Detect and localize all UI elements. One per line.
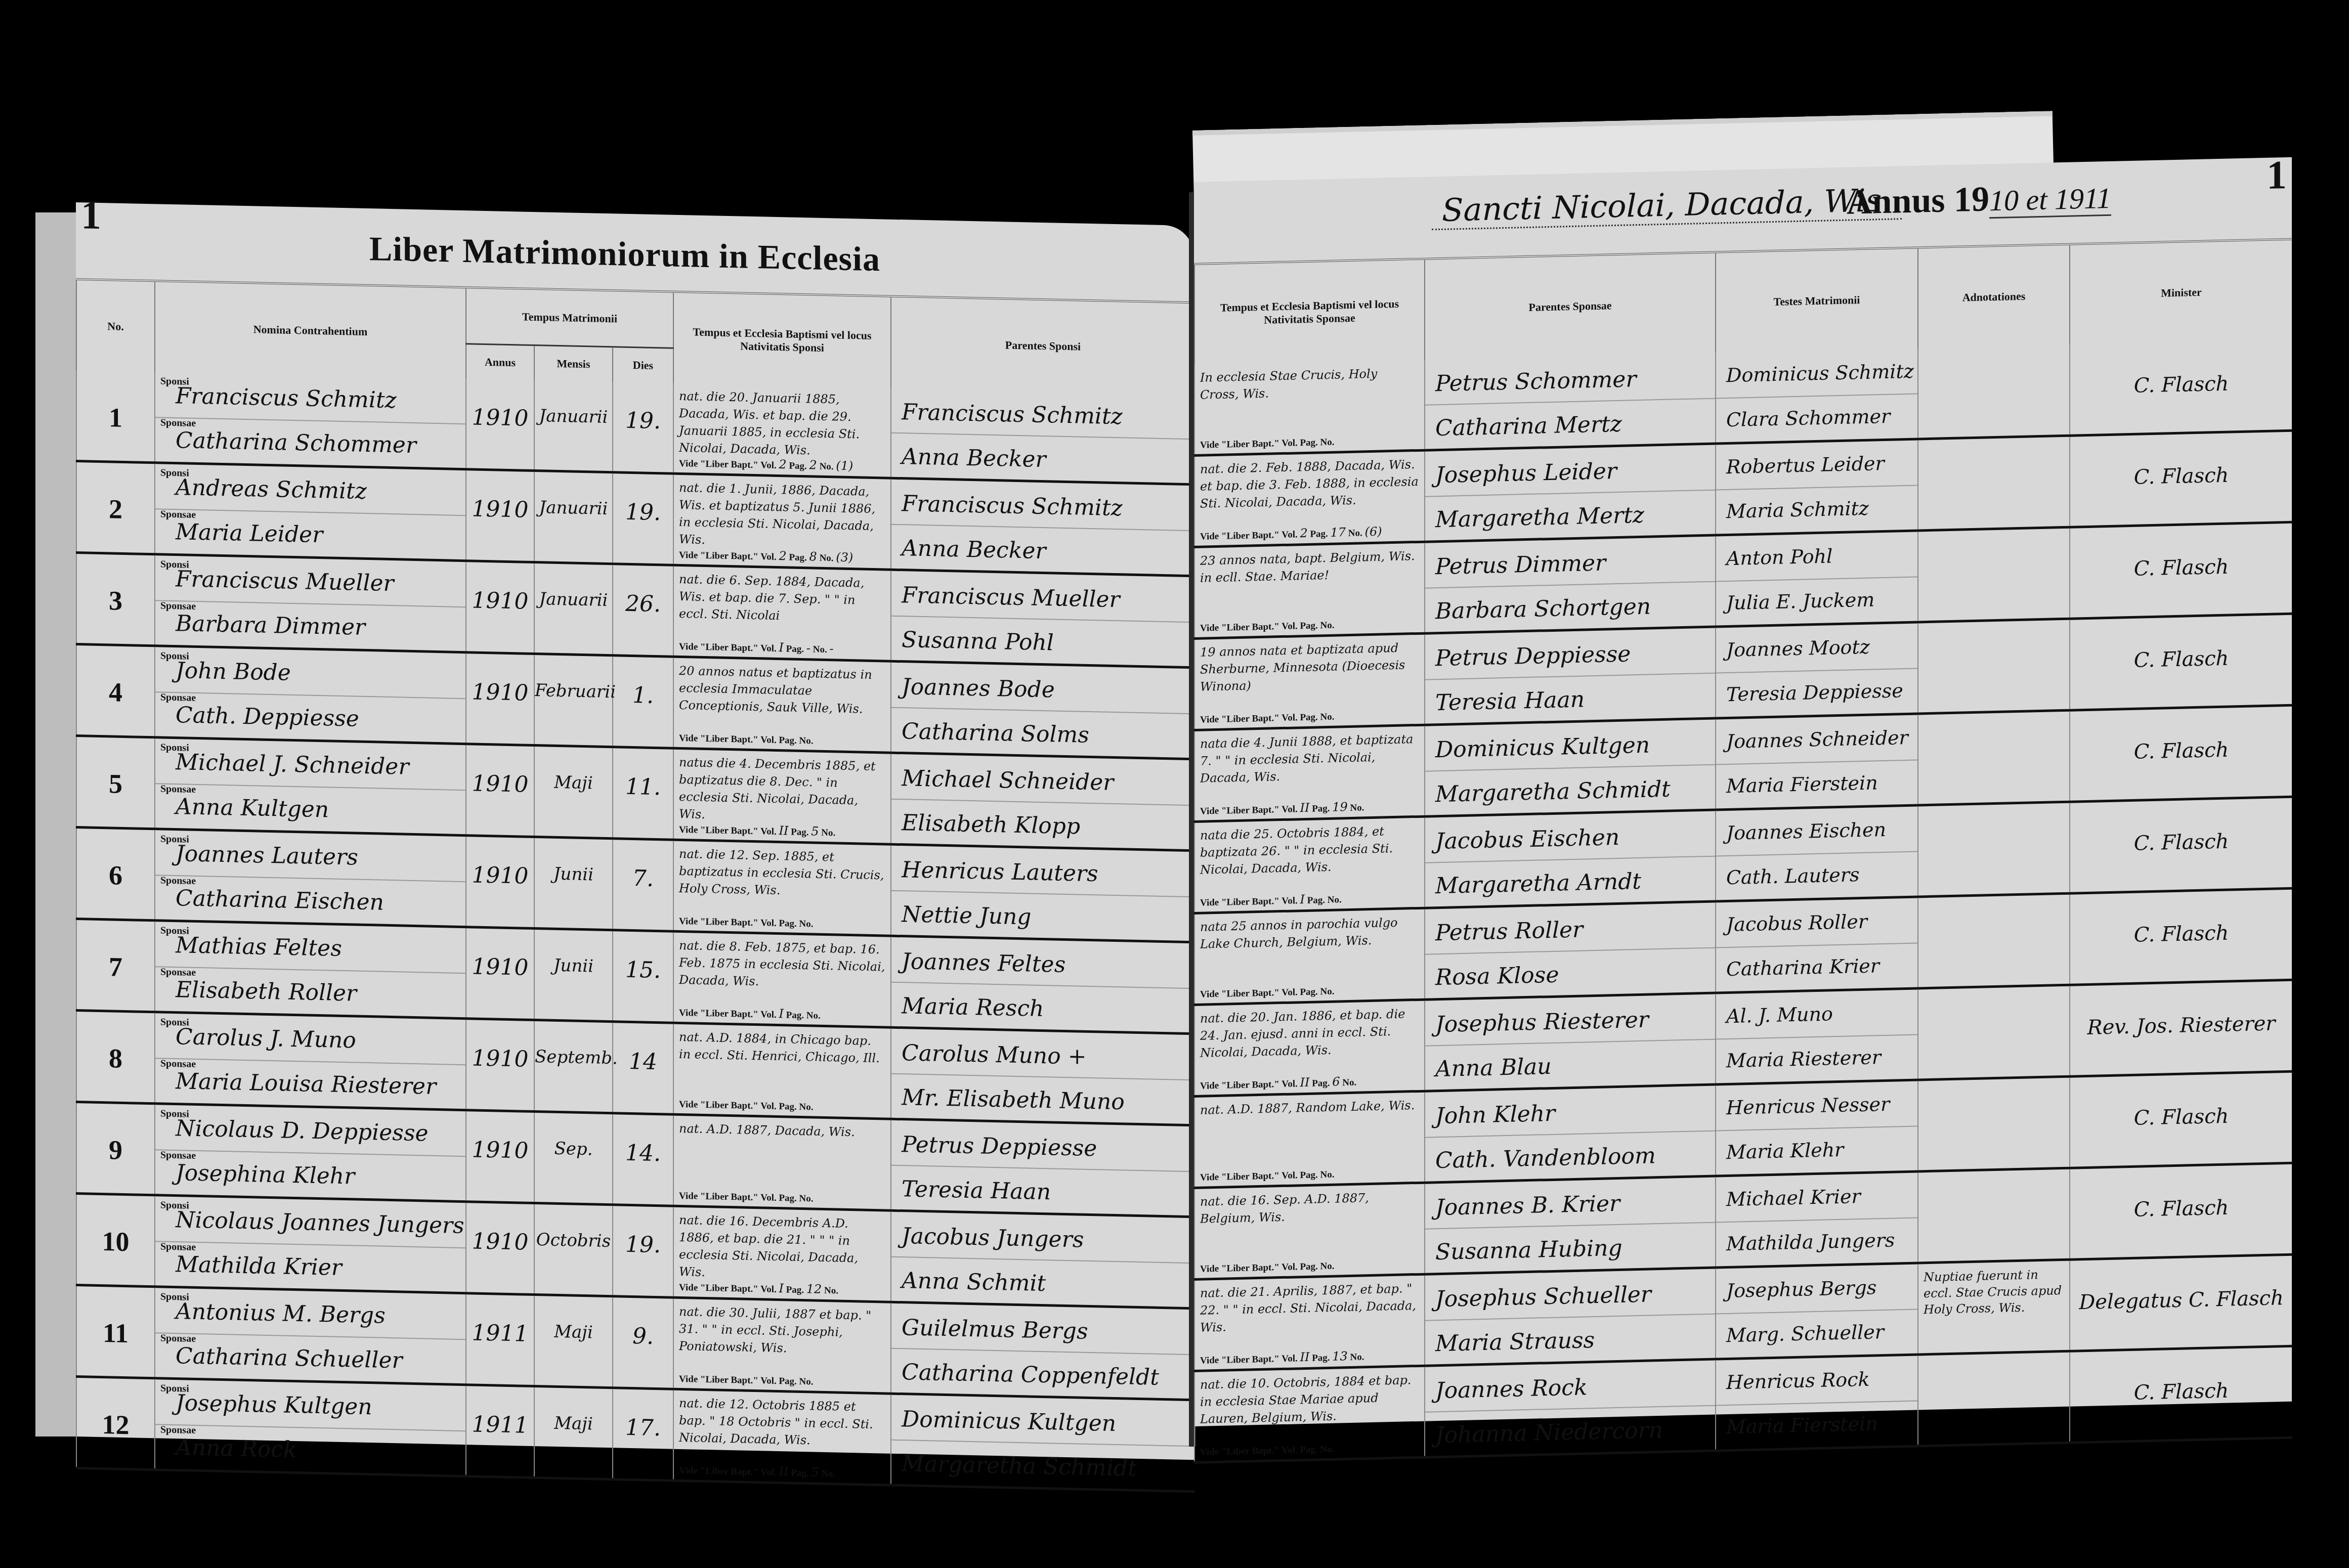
vide-value: 8 <box>809 549 817 563</box>
mensis-cell: Januarii <box>534 380 613 472</box>
record-number: 12 <box>77 1408 154 1441</box>
vide-label: Vide "Liber Bapt." Vol. <box>679 458 777 471</box>
rule-line <box>1716 577 1917 582</box>
bride-father: Dominicus Kultgen <box>1435 732 1650 763</box>
minister-cell: C. Flasch <box>2070 888 2292 985</box>
parents-sponsae-cell: Jacobus Eischen Margaretha Arndt <box>1425 810 1716 908</box>
vide-value: 17 <box>1331 525 1346 540</box>
minister-cell: Delegatus C. Flasch <box>2070 1254 2292 1351</box>
dies-cell: 1. <box>613 656 673 749</box>
mensis-cell: Januarii <box>534 562 613 655</box>
marriage-day: 17. <box>613 1414 673 1441</box>
marriage-month: Junii <box>535 863 612 885</box>
marriage-year: 1910 <box>466 587 534 615</box>
vide-liber-bapt: Vide "Liber Bapt." Vol. Pag. No. <box>679 730 814 747</box>
vide-label: Pag. <box>1300 1444 1317 1455</box>
minister-cell: C. Flasch <box>2070 614 2292 710</box>
dies-cell: 9. <box>613 1296 673 1389</box>
mensis-cell: Junii <box>534 928 613 1021</box>
vide-label: No. <box>821 1468 835 1479</box>
vide-value: 2 <box>809 458 817 472</box>
bride-baptism-text: nat. die 21. Aprilis, 1887, et bap. " 22… <box>1195 1276 1424 1340</box>
groom-name: Josephus Kultgen <box>176 1390 372 1420</box>
dies-cell: 14. <box>613 1113 673 1206</box>
witnesses-cell: Anton Pohl Julia E. Juckem <box>1716 531 1918 627</box>
baptism-sponsae-cell: 23 annos nata, bapt. Belgium, Wis. in ec… <box>1194 542 1425 638</box>
parents-sponsae-cell: Josephus Schueller Maria Strauss <box>1425 1268 1716 1366</box>
rule-line <box>155 508 465 516</box>
header-baptismi-sponsae: Tempus et Ecclesia Baptismi vel locus Na… <box>1194 259 1425 365</box>
vide-liber-bapt: Vide "Liber Bapt." Vol. I Pag. No. <box>1200 891 1342 908</box>
bride-mother: Teresia Haan <box>1435 686 1585 716</box>
groom-name: Nicolaus Joannes Jungers <box>176 1207 464 1239</box>
annotation-text <box>1918 437 2069 451</box>
groom-father: Carolus Muno + <box>902 1040 1086 1070</box>
witnesses-cell: Josephus Bergs Marg. Schueller <box>1716 1263 1918 1359</box>
marriage-day: 19. <box>613 499 673 526</box>
mensis-cell: Octobris <box>534 1203 613 1296</box>
baptism-sponsae-cell: nata die 4. Junii 1888, et baptizata 7. … <box>1194 725 1425 821</box>
rule-line <box>891 616 1194 623</box>
header-tempus-matrimonii: Tempus Matrimonii <box>466 287 673 348</box>
marriage-year: 1910 <box>466 770 534 798</box>
rule-line <box>891 1348 1194 1356</box>
dies-cell: 19. <box>613 1205 673 1298</box>
rule-line <box>1716 943 1917 948</box>
baptism-sponsi-cell: nat. A.D. 1887, Dacada, Wis. Vide "Liber… <box>673 1114 891 1210</box>
rule-line <box>891 982 1194 989</box>
rule-line <box>155 600 465 607</box>
vide-label: No. <box>821 827 835 839</box>
vide-label: No. <box>1320 986 1335 997</box>
witness-1: Josephus Bergs <box>1726 1276 1876 1302</box>
marriage-month: Januarii <box>535 497 612 519</box>
bride-baptism-text: nata die 25. Octobris 1884, et baptizata… <box>1195 818 1424 883</box>
minister-cell: C. Flasch <box>2070 340 2292 435</box>
rule-line <box>1425 856 1715 863</box>
bride-father: Petrus Dimmer <box>1435 550 1606 580</box>
vide-liber-bapt: Vide "Liber Bapt." Vol. Pag. No. <box>679 913 814 930</box>
vide-label: Vide "Liber Bapt." Vol. <box>679 550 777 562</box>
vide-label: Vide "Liber Bapt." Vol. <box>1200 987 1298 999</box>
bride-baptism-text: nat. die 16. Sep. A.D. 1887, Belgium, Wi… <box>1195 1184 1424 1232</box>
vide-label: Pag. <box>1312 1078 1330 1089</box>
rule-line <box>1425 764 1715 772</box>
vide-label: No. <box>1320 620 1335 631</box>
groom-father: Joannes Bode <box>902 674 1055 703</box>
mensis-cell: Maji <box>534 1386 613 1479</box>
bride-father: Petrus Schommer <box>1435 366 1636 397</box>
vide-liber-bapt: Vide "Liber Bapt." Vol. 2 Pag. 2 No. (1) <box>679 455 853 473</box>
groom-mother: Elisabeth Klopp <box>902 810 1080 839</box>
annotations-cell <box>1918 619 2070 714</box>
record-number-cell: 4 <box>76 644 155 737</box>
rule-line <box>155 1424 465 1431</box>
witnesses-cell: Dominicus Schmitz Clara Schommer <box>1716 349 1918 444</box>
vide-label: Pag. <box>1300 437 1317 448</box>
groom-name: Antonius M. Bergs <box>176 1298 386 1329</box>
names-cell: Sponsi Nicolaus D. Deppiesse Sponsae Jos… <box>155 1104 466 1202</box>
vide-label: No. <box>799 1376 814 1387</box>
bride-mother: Barbara Schortgen <box>1435 594 1651 625</box>
witnesses-cell: Joannes Schneider Maria Fierstein <box>1716 714 1918 810</box>
mensis-cell: Januarii <box>534 470 613 563</box>
witnesses-cell: Michael Krier Mathilda Jungers <box>1716 1171 1918 1268</box>
vide-label: Pag. <box>1310 529 1328 540</box>
parents-sponsi-cell: Franciscus Mueller Susanna Pohl <box>891 570 1194 668</box>
record-number: 5 <box>77 767 154 800</box>
rule-line <box>891 524 1194 532</box>
groom-name: Nicolaus D. Deppiesse <box>176 1115 429 1146</box>
header-minister: Minister <box>2070 239 2292 345</box>
vide-value: I <box>779 1007 783 1021</box>
bride-mother: Cath. Vandenbloom <box>1435 1143 1656 1173</box>
parents-sponsi-cell: Michael Schneider Elisabeth Klopp <box>891 753 1194 851</box>
annus-cell: 1910 <box>466 1019 534 1112</box>
marriage-year: 1910 <box>466 1137 534 1164</box>
vide-liber-bapt: Vide "Liber Bapt." Vol. 2 Pag. 17 No. (6… <box>1200 525 1382 543</box>
vide-value: 19 <box>1332 800 1348 814</box>
groom-baptism-text: nat. die 8. Feb. 1875, et bap. 16. Feb. … <box>674 933 890 997</box>
rule-line <box>1425 1405 1715 1413</box>
record-number-cell: 10 <box>76 1194 155 1287</box>
groom-father: Jacobus Jungers <box>902 1223 1084 1253</box>
record-number: 8 <box>77 1042 154 1075</box>
vide-label: Vide "Liber Bapt." Vol. <box>1200 438 1298 450</box>
parents-sponsi-cell: Jacobus Jungers Anna Schmit <box>891 1210 1194 1309</box>
vide-label: Vide "Liber Bapt." Vol. <box>1200 1261 1298 1274</box>
parents-sponsae-cell: Petrus Dimmer Barbara Schortgen <box>1425 535 1716 633</box>
baptism-sponsae-cell: nat. die 16. Sep. A.D. 1887, Belgium, Wi… <box>1194 1183 1425 1279</box>
marriage-year: 1910 <box>466 1228 534 1255</box>
vide-liber-bapt: Vide "Liber Bapt." Vol. Pag. No. <box>1200 983 1335 1000</box>
header-nomina: Nomina Contrahentium <box>155 281 466 379</box>
names-cell: Sponsi Carolus J. Muno Sponsae Maria Lou… <box>155 1012 466 1110</box>
rule-line <box>1425 1222 1715 1230</box>
vide-label: Pag. <box>791 827 808 838</box>
annotation-text <box>1918 529 2069 542</box>
mensis-cell: Septemb. <box>534 1020 613 1113</box>
baptism-sponsi-cell: nat. die 1. Junii, 1886, Dacada, Wis. et… <box>673 473 891 570</box>
rule-line <box>1716 1309 1917 1315</box>
record-number-cell: 7 <box>76 919 155 1012</box>
bride-name: Maria Leider <box>176 519 323 548</box>
vide-label: Pag. <box>786 643 804 655</box>
marriage-day: 11. <box>613 773 673 800</box>
vide-liber-bapt: Vide "Liber Bapt." Vol. II Pag. 6 No. <box>1200 1074 1356 1092</box>
witness-1: Al. J. Muno <box>1726 1003 1833 1027</box>
minister-name: C. Flasch <box>2070 462 2292 491</box>
vide-label: Vide "Liber Bapt." Vol. <box>1200 1170 1298 1183</box>
marriage-month: Sep. <box>535 1138 612 1160</box>
annus-cell: 1910 <box>466 379 534 470</box>
parents-sponsae-cell: Joannes B. Krier Susanna Hubing <box>1425 1176 1716 1274</box>
bride-father: John Klehr <box>1435 1101 1555 1129</box>
bride-baptism-text: 23 annos nata, bapt. Belgium, Wis. in ec… <box>1195 543 1424 591</box>
header-mensis: Mensis <box>534 345 613 382</box>
vide-value: II <box>1300 1075 1309 1090</box>
vide-label: No. <box>1342 1077 1356 1088</box>
bride-father: Josephus Schueller <box>1435 1281 1651 1312</box>
record-number: 10 <box>77 1225 154 1258</box>
annotation-text <box>1918 620 2069 634</box>
vide-label: Vide "Liber Bapt." Vol. <box>679 1465 777 1478</box>
annotations-cell: Nuptiae fuerunt in eccl. Stae Crucis apu… <box>1918 1259 2070 1355</box>
baptism-sponsae-cell: nat. die 10. Octobris, 1884 et bap. in e… <box>1194 1366 1425 1462</box>
parents-sponsi-cell: Petrus Deppiesse Teresia Haan <box>891 1119 1194 1217</box>
marriage-year: 1911 <box>466 1320 534 1347</box>
parents-sponsi-cell: Guilelmus Bergs Catharina Coppenfeldt <box>891 1302 1194 1400</box>
rule-line <box>155 1149 465 1157</box>
parents-sponsi-cell: Carolus Muno + Mr. Elisabeth Muno <box>891 1027 1194 1125</box>
groom-name: Andreas Schmitz <box>176 474 367 504</box>
dies-cell: 11. <box>613 747 673 840</box>
vide-label: Vide "Liber Bapt." Vol. <box>679 1008 777 1020</box>
record-number-cell: 2 <box>76 461 155 554</box>
marriage-day: 7. <box>613 865 673 892</box>
parents-sponsae-cell: Petrus Deppiesse Teresia Haan <box>1425 627 1716 725</box>
annus-cell: 1911 <box>466 1385 534 1478</box>
vide-value: - <box>806 641 810 655</box>
rule-line <box>1716 1034 1917 1040</box>
rule-line <box>891 707 1194 715</box>
bride-mother: Maria Strauss <box>1435 1327 1595 1357</box>
dies-cell: 17. <box>613 1388 673 1481</box>
vide-label: Pag. <box>779 918 796 929</box>
vide-value: 6 <box>1332 1074 1340 1088</box>
record-number: 1 <box>77 401 154 434</box>
rule-line <box>1425 1314 1715 1321</box>
groom-name: John Bode <box>176 658 291 686</box>
mensis-cell: Maji <box>534 1294 613 1387</box>
bride-mother: Margaretha Mertz <box>1435 502 1644 533</box>
mensis-cell: Sep. <box>534 1111 613 1204</box>
vide-label: Vide "Liber Bapt." Vol. <box>679 824 777 837</box>
marriage-month: Septemb. <box>535 1047 612 1068</box>
witness-2: Maria Riesterer <box>1726 1046 1881 1072</box>
witnesses-cell: Henricus Nesser Maria Klehr <box>1716 1080 1918 1176</box>
annus-cell: 1910 <box>466 836 534 929</box>
witness-1: Henricus Rock <box>1726 1368 1870 1393</box>
vide-liber-bapt: Vide "Liber Bapt." Vol. II Pag. 19 No. <box>1200 799 1364 817</box>
witness-1: Joannes Mootz <box>1726 636 1870 661</box>
minister-cell: C. Flasch <box>2070 1071 2292 1168</box>
left-ledger-body: 1 Sponsi Franciscus Schmitz Sponsae Cath… <box>76 371 1194 1492</box>
vide-label: No. <box>820 553 834 564</box>
rule-line <box>891 432 1194 440</box>
vide-label: No. <box>799 919 814 930</box>
vide-label: Pag. <box>779 1376 796 1387</box>
rule-line <box>1425 398 1715 406</box>
vide-label: Pag. <box>786 1284 804 1295</box>
vide-value: I <box>1300 892 1304 906</box>
bride-baptism-text: In ecclesia Stae Crucis, Holy Cross, Wis… <box>1195 360 1424 408</box>
witness-2: Mathilda Jungers <box>1726 1229 1895 1255</box>
record-number-cell: 5 <box>76 736 155 829</box>
record-number: 4 <box>77 676 154 709</box>
groom-mother: Anna Becker <box>902 535 1046 564</box>
rule-line <box>155 966 465 974</box>
vide-label: Vide "Liber Bapt." Vol. <box>1200 1353 1298 1366</box>
rule-line <box>155 783 465 791</box>
vide-value: 5 <box>811 1465 819 1479</box>
bride-name: Elisabeth Roller <box>176 977 357 1007</box>
witnesses-cell: Henricus Rock Maria Fierstein <box>1716 1355 1918 1451</box>
groom-name: Mathias Feltes <box>176 932 342 962</box>
marriage-month: Februarii <box>535 680 612 702</box>
vide-value: II <box>779 823 788 838</box>
vide-value: (3) <box>836 550 853 564</box>
rule-line <box>891 1256 1194 1264</box>
record-number-cell: 8 <box>76 1011 155 1104</box>
vide-label: No. <box>824 1285 838 1296</box>
bride-mother: Margaretha Schmidt <box>1435 776 1671 808</box>
bride-baptism-text: 19 annos nata et baptizata apud Sherburn… <box>1195 635 1424 700</box>
minister-cell: C. Flasch <box>2070 1346 2292 1443</box>
record-number-cell: 6 <box>76 827 155 921</box>
witnesses-cell: Robertus Leider Maria Schmitz <box>1716 439 1918 535</box>
annotation-text <box>1918 803 2069 817</box>
witness-2: Cath. Lauters <box>1726 863 1859 889</box>
parish-name: Sancti Nicolai, Dacada, Wis. <box>1432 181 1902 230</box>
baptism-sponsi-cell: nat. die 6. Sep. 1884, Dacada, Wis. et b… <box>673 565 891 661</box>
vide-value: II <box>1300 801 1309 815</box>
groom-father: Dominicus Kultgen <box>902 1406 1116 1436</box>
rule-line <box>891 1165 1194 1172</box>
vide-liber-bapt: Vide "Liber Bapt." Vol. Pag. No. <box>1200 434 1335 451</box>
vide-label: Vide "Liber Bapt." Vol. <box>1200 804 1298 816</box>
baptism-sponsi-cell: natus die 4. Decembris 1885, et baptizat… <box>673 748 891 844</box>
groom-name: Joannes Lauters <box>176 841 358 870</box>
parents-sponsae-cell: Josephus Leider Margaretha Mertz <box>1425 444 1716 542</box>
bride-father: Jacobus Eischen <box>1435 824 1619 854</box>
header-annus: Annus <box>466 344 534 380</box>
page-edges <box>35 212 81 1436</box>
baptism-sponsae-cell: nat. die 20. Jan. 1886, et bap. die 24. … <box>1194 999 1425 1096</box>
baptism-sponsi-cell: 20 annos natus et baptizatus in ecclesia… <box>673 657 891 753</box>
header-dies: Dies <box>613 347 673 383</box>
record-number: 6 <box>77 859 154 892</box>
annus-cell: 1910 <box>466 652 534 746</box>
bride-baptism-text: nata 25 annos in parochia vulgo Lake Chu… <box>1195 909 1424 957</box>
witnesses-cell: Joannes Eischen Cath. Lauters <box>1716 805 1918 901</box>
groom-name: Carolus J. Muno <box>176 1024 356 1053</box>
groom-father: Henricus Lauters <box>902 857 1098 887</box>
vide-label: Pag. <box>791 1468 808 1479</box>
rule-line <box>155 417 465 424</box>
marriage-day: 26. <box>613 590 673 617</box>
parents-sponsae-cell: Dominicus Kultgen Margaretha Schmidt <box>1425 718 1716 816</box>
annotation-text: Nuptiae fuerunt in eccl. Stae Crucis apu… <box>1918 1261 2069 1323</box>
rule-line <box>1425 947 1715 955</box>
bride-baptism-text: nat. die 2. Feb. 1888, Dacada, Wis. et b… <box>1195 452 1424 516</box>
rule-line <box>1716 394 1917 399</box>
vide-label: Vide "Liber Bapt." Vol. <box>679 1191 777 1203</box>
dies-cell: 19. <box>613 382 673 473</box>
groom-mother: Teresia Haan <box>902 1176 1051 1205</box>
names-cell: Sponsi John Bode Sponsae Cath. Deppiesse <box>155 646 466 744</box>
marriage-day: 15. <box>613 956 673 983</box>
witness-1: Joannes Eischen <box>1726 818 1886 844</box>
vide-liber-bapt: Vide "Liber Bapt." Vol. 2 Pag. 8 No. (3) <box>679 547 853 564</box>
rule-line <box>1716 1401 1917 1406</box>
dies-cell: 26. <box>613 564 673 657</box>
names-cell: Sponsi Andreas Schmitz Sponsae Maria Lei… <box>155 463 466 561</box>
annotation-text <box>1918 1078 2069 1092</box>
vide-label: No. <box>1320 1261 1335 1272</box>
right-ledger-table: Tempus et Ecclesia Baptismi vel locus Na… <box>1194 238 2292 1464</box>
annus-value: 10 et 1911 <box>1989 182 2111 219</box>
vide-label: No. <box>1320 1444 1335 1455</box>
groom-mother: Nettie Jung <box>902 901 1031 930</box>
vide-label: Pag. <box>1300 986 1317 997</box>
names-cell: Sponsi Mathias Feltes Sponsae Elisabeth … <box>155 921 466 1019</box>
vide-label: Pag. <box>1300 620 1317 631</box>
groom-baptism-text: nat. die 6. Sep. 1884, Dacada, Wis. et b… <box>674 567 890 631</box>
minister-name: Delegatus C. Flasch <box>2070 1286 2292 1315</box>
bride-father: Petrus Deppiesse <box>1435 641 1631 671</box>
header-parentes-sponsi: Parentes Sponsi <box>891 296 1194 395</box>
header-testes: Testes Matrimonii <box>1716 248 1918 354</box>
vide-label: Vide "Liber Bapt." Vol. <box>1200 1445 1298 1457</box>
rule-line <box>155 691 465 699</box>
minister-name: Rev. Jos. Riesterer <box>2070 1012 2292 1040</box>
baptism-sponsi-cell: nat. die 12. Sep. 1885, et baptizatus in… <box>673 840 891 936</box>
marriage-year: 1910 <box>466 862 534 889</box>
groom-baptism-text: nat. die 16. Decembris A.D. 1886, et bap… <box>674 1207 890 1289</box>
groom-father: Franciscus Schmitz <box>902 399 1123 429</box>
groom-baptism-text: nat. die 30. Julii, 1887 et bap. " 31. "… <box>674 1299 890 1363</box>
vide-label: No. <box>799 1193 814 1204</box>
groom-name: Franciscus Mueller <box>176 566 394 596</box>
annotations-cell <box>1918 435 2070 531</box>
groom-mother: Mr. Elisabeth Muno <box>902 1084 1125 1115</box>
marriage-month: Maji <box>535 772 612 794</box>
record-number: 3 <box>77 584 154 617</box>
names-cell: Sponsi Joannes Lauters Sponsae Catharina… <box>155 829 466 927</box>
names-cell: Sponsi Franciscus Mueller Sponsae Barbar… <box>155 554 466 652</box>
parents-sponsae-cell: Petrus Roller Rosa Klose <box>1425 901 1716 999</box>
baptism-sponsae-cell: nata die 25. Octobris 1884, et baptizata… <box>1194 816 1425 913</box>
groom-name: Franciscus Schmitz <box>176 383 397 413</box>
bride-baptism-text: nat. die 20. Jan. 1886, et bap. die 24. … <box>1195 1001 1424 1066</box>
bride-name: Mathilda Krier <box>176 1251 342 1281</box>
parents-sponsi-cell: Joannes Bode Catharina Solms <box>891 661 1194 759</box>
parents-sponsi-cell: Henricus Lauters Nettie Jung <box>891 844 1194 942</box>
vide-label: Vide "Liber Bapt." Vol. <box>1200 1078 1298 1091</box>
vide-value: 13 <box>1332 1349 1348 1364</box>
vide-liber-bapt: Vide "Liber Bapt." Vol. Pag. No. <box>1200 1441 1335 1458</box>
rule-line <box>1716 760 1917 765</box>
vide-value: 12 <box>806 1282 822 1296</box>
vide-liber-bapt: Vide "Liber Bapt." Vol. I Pag. No. <box>679 1005 821 1022</box>
rule-line <box>891 799 1194 806</box>
annotation-text <box>1918 1169 2069 1183</box>
vide-label: No. <box>806 1010 821 1021</box>
witnesses-cell: Joannes Mootz Teresia Deppiesse <box>1716 622 1918 718</box>
rule-line <box>1716 668 1917 674</box>
baptism-sponsi-cell: nat. die 30. Julii, 1887 et bap. " 31. "… <box>673 1297 891 1393</box>
right-ledger-body: In ecclesia Stae Crucis, Holy Cross, Wis… <box>1194 340 2292 1463</box>
bride-baptism-text: nata die 4. Junii 1888, et baptizata 7. … <box>1195 726 1424 791</box>
minister-name: C. Flasch <box>2070 554 2292 582</box>
marriage-year: 1911 <box>466 1411 534 1439</box>
vide-label: Pag. <box>786 1010 804 1021</box>
annus-cell: 1910 <box>466 1202 534 1295</box>
marriage-day: 9. <box>613 1323 673 1349</box>
minister-cell: C. Flasch <box>2070 1163 2292 1259</box>
bride-baptism-text: nat. A.D. 1887, Random Lake, Wis. <box>1195 1093 1424 1123</box>
